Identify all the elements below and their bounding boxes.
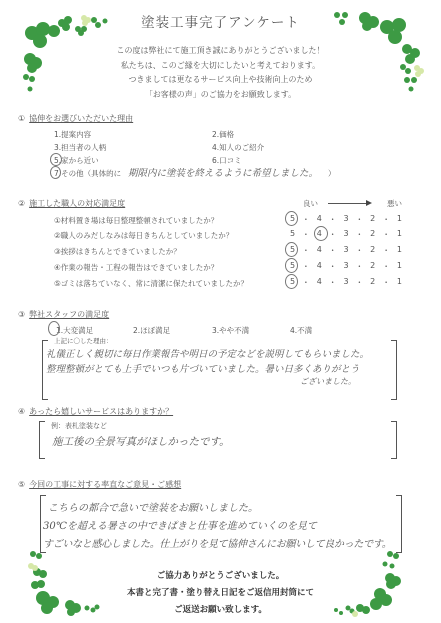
intro-line: 「お客様の声」のご協力をお願致します。 — [0, 88, 441, 103]
rating-scale-4[interactable]: 5・4・3・2・1 — [290, 261, 402, 272]
rating-scale-2[interactable]: 5・4・3・2・1 — [290, 229, 402, 240]
section2-heading: ②施工した職人の対応満足度 — [18, 198, 125, 209]
intro-line: 私たちは、このご縁を大切にしたいと考えております。 — [0, 59, 441, 74]
bracket-right — [391, 340, 397, 400]
arrow-right-icon — [366, 200, 372, 206]
intro-text: この度は弊社にて施工頂き誠にありがとうございました！ 私たちは、このご縁を大切に… — [0, 44, 441, 102]
scale-good-label: 良い — [303, 198, 318, 209]
section5-heading: ⑤今回の工事に対する率直なご意見・ご感想 — [18, 479, 181, 490]
selection-circle — [50, 153, 62, 166]
section4-heading: ④あったら嬉しいサービスはありますか？ — [18, 406, 173, 417]
scale-bad-label: 悪い — [387, 198, 402, 209]
option-proposal[interactable]: 1.提案内容 — [54, 129, 91, 140]
reason-line[interactable]: ございました。 — [300, 376, 356, 387]
closing-message: ご協力ありがとうございました。 本書と完了書・塗り替え日記をご返信用封筒にて ご… — [0, 568, 441, 619]
closing-line: ご返送お願い致します。 — [0, 602, 441, 619]
rating-scale-5[interactable]: 5・4・3・2・1 — [290, 277, 402, 288]
example-hint: 例：表札塗装など — [51, 421, 107, 431]
other-close-paren: ） — [328, 168, 336, 179]
section1-heading: ①協伸をお選びいただいた理由 — [18, 113, 133, 124]
question-4: ④作業の報告・工程の報告はできていましたか？ — [54, 262, 218, 273]
option-other[interactable]: 7.その他（具体的に — [54, 168, 121, 179]
bracket-left — [39, 421, 45, 459]
option-dissatisfied[interactable]: 4.不満 — [290, 325, 312, 336]
bracket-right — [396, 495, 402, 553]
reason-label: 上記に〇した理由： — [52, 336, 115, 345]
selection-circle — [50, 166, 61, 179]
other-reason-answer[interactable]: 期限内に塗装を終えるように希望しました。 — [128, 165, 318, 179]
question-5: ⑤ゴミは落ちていなく、常に清潔に保たれていましたか？ — [54, 278, 248, 289]
reason-line[interactable]: 整理整頓がとても上手でいつも片づいていました。暑い日多くありがとう — [46, 361, 360, 375]
option-somewhat-dissatisfied[interactable]: 3.やや不満 — [212, 325, 249, 336]
section3-heading: ③弊社スタッフの満足度 — [18, 309, 109, 320]
rating-scale-3[interactable]: 5・4・3・2・1 — [290, 245, 402, 256]
reason-line[interactable]: 礼儀正しく親切に毎日作業報告や明日の予定などを説明してもらいました。 — [46, 346, 369, 360]
rating-circle — [285, 274, 298, 289]
intro-line: この度は弊社にて施工頂き誠にありがとうございました！ — [0, 44, 441, 59]
rating-circle — [285, 258, 298, 273]
service-answer[interactable]: 施工後の全景写真がほしかったです。 — [52, 434, 230, 449]
opinion-line[interactable]: すごいなと感心しました。仕上がりを見て協伸さんにお願いして良かったです。 — [43, 535, 391, 550]
bracket-right — [391, 421, 397, 459]
rating-circle — [285, 242, 298, 257]
option-mostly-satisfied[interactable]: 2.ほぼ満足 — [133, 325, 170, 336]
closing-line: ご協力ありがとうございました。 — [0, 568, 441, 585]
rating-scale-1[interactable]: 5・4・3・2・1 — [290, 214, 402, 225]
question-3: ③挨拶はきちんとできていましたか？ — [54, 246, 181, 257]
closing-line: 本書と完了書・塗り替え日記をご返信用封筒にて — [0, 585, 441, 602]
option-very-satisfied[interactable]: 1.大変満足 — [56, 325, 93, 336]
option-referral[interactable]: 4.知人のご紹介 — [212, 142, 264, 153]
opinion-line[interactable]: 30℃を超える暑さの中できぱきと仕事を進めていくのを見て — [43, 517, 317, 532]
rating-circle — [285, 211, 298, 226]
question-2: ②職人のみだしなみは毎日きちんとしていましたか？ — [54, 230, 233, 241]
rating-circle — [314, 226, 328, 241]
option-staff-personality[interactable]: 3.担当者の人柄 — [54, 142, 106, 153]
arrow-line — [328, 203, 368, 204]
opinion-line[interactable]: こちらの都合で急いで塗装をお願いしました。 — [48, 499, 258, 514]
selection-circle — [48, 321, 60, 336]
survey-title: 塗装工事完了アンケート — [0, 11, 441, 31]
question-1: ①材料置き場は毎日整理整頓されていましたか？ — [54, 215, 218, 226]
intro-line: つきましては更なるサービス向上や技術向上のため — [0, 73, 441, 88]
option-price[interactable]: 2.価格 — [212, 129, 234, 140]
